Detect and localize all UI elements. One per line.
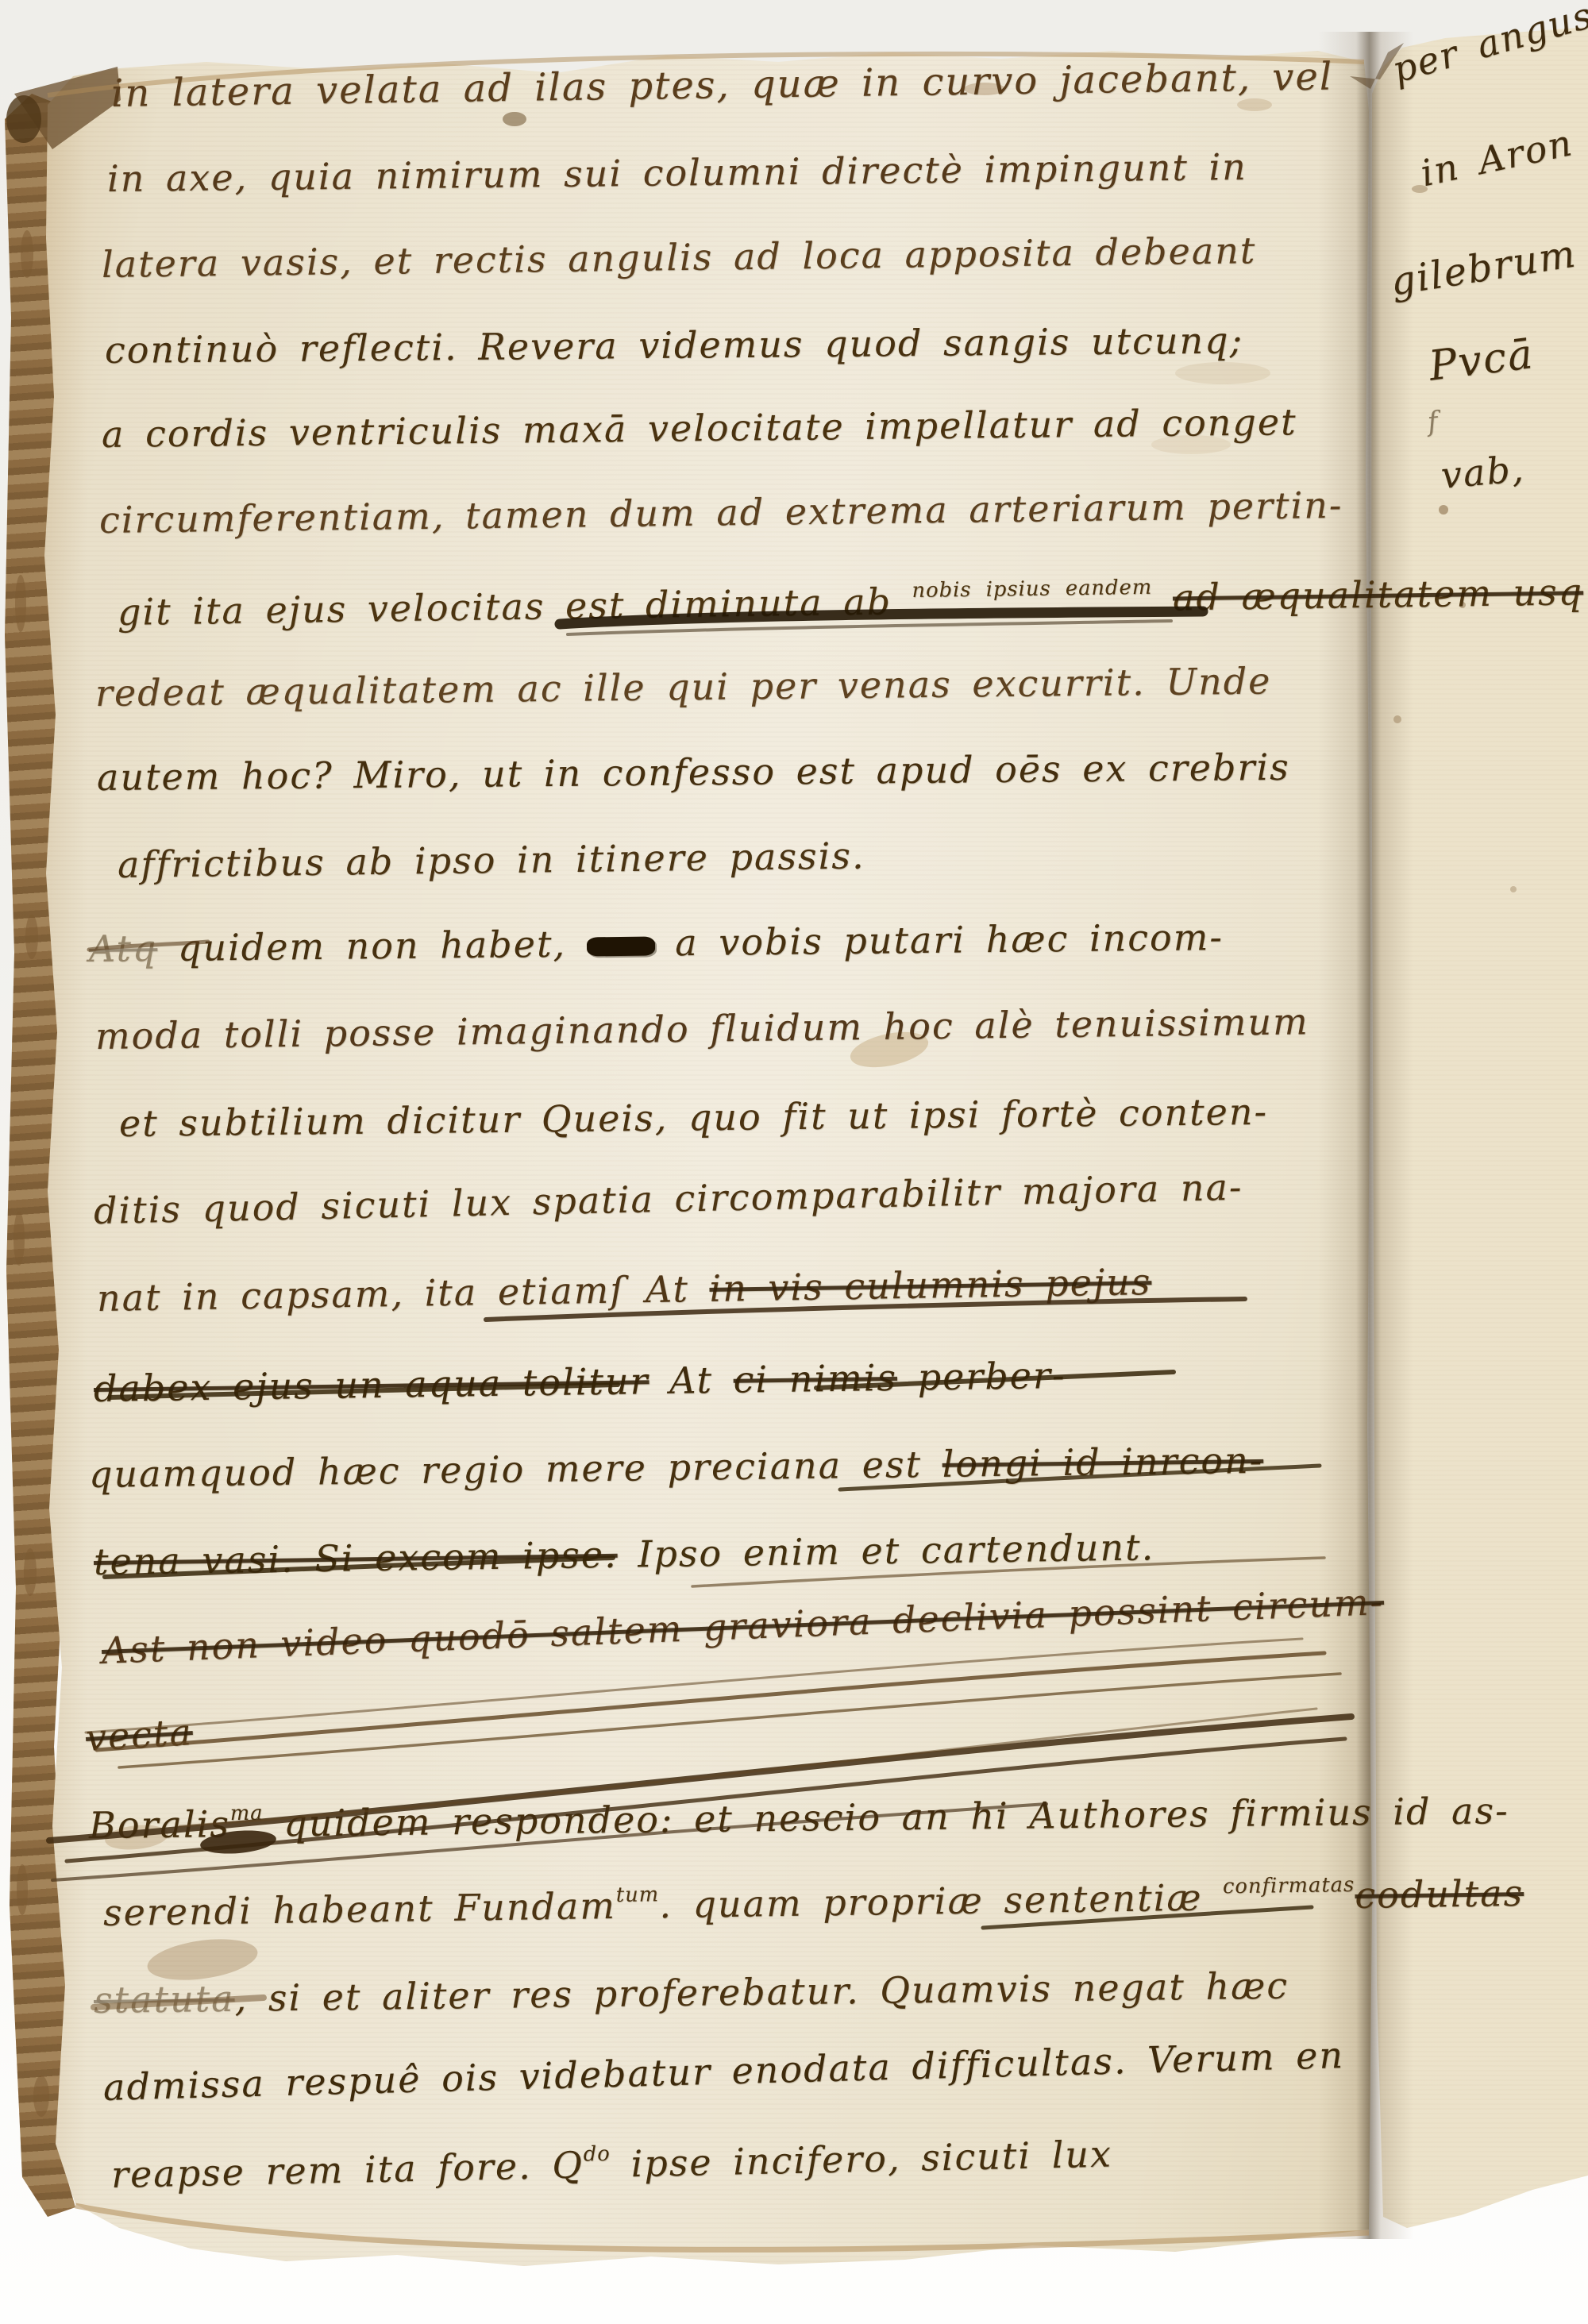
manuscript-photo: in latera velata ad ilas ptes, quæ in cu… <box>0 0 1588 2324</box>
manuscript-text-segment: Pvcā <box>1426 330 1536 391</box>
manuscript-text-segment: gilebrum <box>1388 231 1580 304</box>
right-page-text-block: per angustin ArongilebrumPvcāfvab, <box>0 0 1588 2324</box>
manuscript-text-segment: in Aron <box>1416 121 1576 195</box>
manuscript-text-segment: vab, <box>1440 447 1527 497</box>
manuscript-text-segment: per angust <box>1388 0 1588 91</box>
right-page-line-2: in Aron <box>1416 121 1576 195</box>
right-page-line-3: gilebrum <box>1388 231 1580 304</box>
right-page-line-4: Pvcā <box>1426 330 1536 391</box>
right-page-line-1: per angust <box>1388 0 1588 91</box>
right-page-line-6: vab, <box>1440 447 1527 497</box>
right-page-line-5: f <box>1426 406 1441 438</box>
manuscript-text-segment: f <box>1426 406 1441 438</box>
